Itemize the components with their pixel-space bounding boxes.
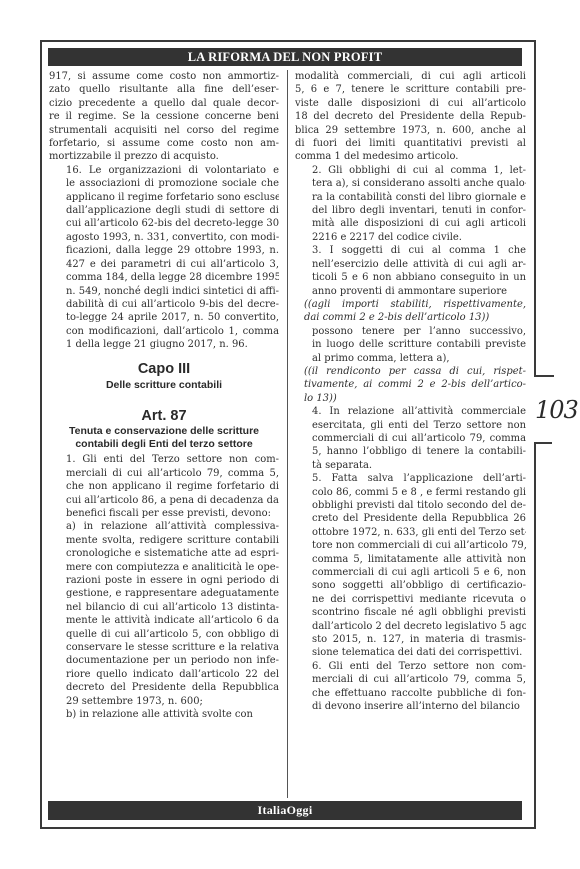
text-line: riore quello indicato dall’articolo 22 d… <box>49 668 279 681</box>
text-line: al primo comma, lettera a), <box>295 352 526 365</box>
text-line: merciali di cui all’articolo 79, comma 5… <box>49 467 279 480</box>
text-line: modalità commerciali, di cui agli artico… <box>295 70 526 83</box>
text-line: 16. Le organizzazioni di volontariato e <box>49 164 279 177</box>
frame-border-left <box>40 40 42 829</box>
frame-border-right-lower <box>534 442 536 829</box>
text-line: dabilità di cui all’articolo 9-bis del d… <box>49 298 279 311</box>
text-line: 18 del decreto del Presidente della Repu… <box>295 110 526 123</box>
text-line: che effettuano raccolte pubbliche di fon… <box>295 687 526 700</box>
paragraph-3-amendment-2: ((il rendiconto per cassa di cui, rispet… <box>295 365 526 405</box>
text-line: cizio precedente a quello dal quale deco… <box>49 97 279 110</box>
publisher-logo: ItaliaOggi <box>257 803 312 817</box>
text-line: a) in relazione all’attività complessiva… <box>49 520 279 533</box>
text-line: benefici fiscali per esse previsti, devo… <box>49 507 279 520</box>
text-line: agosto 1993, n. 331, convertito, con mod… <box>49 231 279 244</box>
paragraph-4: 4. In relazione all’attività commerciale… <box>295 405 526 472</box>
paragraph-3-amendment: ((agli importi stabiliti, rispettivament… <box>295 298 526 325</box>
text-line: dall’articolo 2 del decreto legislativo … <box>295 620 526 633</box>
text-line: sono soggetti all’obbligo di certificazi… <box>295 579 526 592</box>
text-line: mità alle disposizioni di cui agli artic… <box>295 217 526 230</box>
text-line: 2216 e 2217 del codice civile. <box>295 231 526 244</box>
paragraph-3: 3. I soggetti di cui al comma 1 chenell’… <box>295 244 526 298</box>
text-line: del libro degli inventari, tenuti in con… <box>295 204 526 217</box>
text-line: documentazione per un periodo non infe- <box>49 654 279 667</box>
text-line: blica 29 settembre 1973, n. 600, anche a… <box>295 124 526 137</box>
frame-border-right-upper <box>534 40 536 376</box>
text-line: comma 1 del medesimo articolo. <box>295 150 526 163</box>
text-line: ra la contabilità consti del libro giorn… <box>295 191 526 204</box>
text-line: ottobre 1972, n. 633, gli enti del Terzo… <box>295 526 526 539</box>
text-line: ficazioni, dalla legge 29 ottobre 1993, … <box>49 244 279 257</box>
text-line: ((agli importi stabiliti, rispettivament… <box>295 298 526 311</box>
page-number-tick-upper <box>534 375 554 377</box>
text-line: gestione, e rappresentare adeguatamente <box>49 587 279 600</box>
paragraph-2: 2. Gli obblighi di cui al comma 1, let-t… <box>295 164 526 244</box>
text-line: dai commi 2 e 2-bis dell’articolo 13)) <box>295 311 526 324</box>
text-line: in luogo delle scritture contabili previ… <box>295 338 526 351</box>
page-number-tick-lower <box>534 442 552 444</box>
text-line: mortizzabile il prezzo di acquisto. <box>49 150 279 163</box>
text-line: obblighi previsti dal titolo secondo del… <box>295 499 526 512</box>
article-subtitle-line: Tenuta e conservazione delle scritture <box>69 425 259 437</box>
text-line: sione telematica dei dati dei corrispett… <box>295 646 526 659</box>
text-line: 2. Gli obblighi di cui al comma 1, let- <box>295 164 526 177</box>
frame-border-top <box>40 40 535 42</box>
paragraph-6: 6. Gli enti del Terzo settore non com-me… <box>295 660 526 714</box>
text-line: creto del Presidente della Repubblica 26 <box>295 512 526 525</box>
text-line: conservare le stesse scritture e la rela… <box>49 641 279 654</box>
text-line: decreto del Presidente della Repubblica <box>49 681 279 694</box>
text-line: 29 settembre 1973, n. 600; <box>49 695 279 708</box>
text-line: 5, hanno l’obbligo di tenere la contabil… <box>295 445 526 458</box>
text-line: ((il rendiconto per cassa di cui, rispet… <box>295 365 526 378</box>
paragraph-1b: b) in relazione alle attività svolte con <box>49 708 279 721</box>
article-title: Art. 87 <box>49 407 279 425</box>
text-line: sto 2015, n. 127, in materia di trasmis- <box>295 633 526 646</box>
text-line: dall’applicazione degli studi di settore… <box>49 204 279 217</box>
text-line: le associazioni di promozione sociale ch… <box>49 177 279 190</box>
text-line: esercitata, gli enti del Terzo settore n… <box>295 419 526 432</box>
text-line: b) in relazione alle attività svolte con <box>49 708 279 721</box>
article-subtitle: Tenuta e conservazione delle scritture c… <box>49 425 279 452</box>
chapter-title: Capo III <box>49 360 279 378</box>
text-line: nell’esercizio delle attività di cui agl… <box>295 258 526 271</box>
text-line: 6. Gli enti del Terzo settore non com- <box>295 660 526 673</box>
text-line: tà separata. <box>295 459 526 472</box>
text-line: commerciali di cui agli articoli 5 e 6, … <box>295 566 526 579</box>
text-line: strumentali acquisiti nel corso del regi… <box>49 124 279 137</box>
text-line: comma 5, limitatamente alle attività non <box>295 553 526 566</box>
left-column: 917, si assume come costo non ammortiz-z… <box>49 70 279 798</box>
text-line: con modificazioni, dall’articolo 1, comm… <box>49 325 279 338</box>
text-line: re il regime. Se la cessione concerne be… <box>49 110 279 123</box>
text-line: di fuori dei limiti quantitativi previst… <box>295 137 526 150</box>
page-number: 103 <box>535 396 569 424</box>
text-line: ticoli 5 e 6 non abbiano conseguito in u… <box>295 271 526 284</box>
text-line: comma 184, della legge 28 dicembre 1995, <box>49 271 279 284</box>
text-line: 1 della legge 21 giugno 2017, n. 96. <box>49 338 279 351</box>
paragraph-5: 5. Fatta salva l’applicazione dell’arti-… <box>295 472 526 660</box>
text-line: tivamente, ai commi 2 e 2-bis dell’artic… <box>295 378 526 391</box>
text-line: mere con compiutezza e analiticità le op… <box>49 561 279 574</box>
text-line: anno proventi di ammontare superiore <box>295 285 526 298</box>
text-line: tera a), si considerano assolti anche qu… <box>295 177 526 190</box>
chapter-subtitle: Delle scritture contabili <box>49 378 279 393</box>
text-line: tore non commerciali di cui all’articolo… <box>295 539 526 552</box>
text-line: di devono inserire all’interno del bilan… <box>295 700 526 713</box>
section-header-bar: LA RIFORMA DEL NON PROFIT <box>48 48 522 66</box>
text-line: cui all’articolo 86, a pena di decadenza… <box>49 494 279 507</box>
paragraph-1a: a) in relazione all’attività complessiva… <box>49 520 279 708</box>
text-line: colo 86, commi 5 e 8 , e fermi restando … <box>295 486 526 499</box>
text-line: cronologiche e sistematiche atte ad espr… <box>49 547 279 560</box>
text-line: 1. Gli enti del Terzo settore non com- <box>49 453 279 466</box>
text-line: commerciali di cui all’articolo 79, comm… <box>295 432 526 445</box>
text-line: razioni poste in essere in ogni periodo … <box>49 574 279 587</box>
article-subtitle-line: contabili degli Enti del terzo settore <box>75 438 252 450</box>
text-line: cui all’articolo 62-bis del decreto-legg… <box>49 217 279 230</box>
text-line: merciali di cui all’articolo 79, comma 5… <box>295 673 526 686</box>
text-line: ne dei corrispettivi mediante ricevuta o <box>295 593 526 606</box>
paragraph-3-cont: possono tenere per l’anno successivo,in … <box>295 325 526 365</box>
text-line: 4. In relazione all’attività commerciale <box>295 405 526 418</box>
text-line: forfetario, si assume come costo non am- <box>49 137 279 150</box>
text-line: possono tenere per l’anno successivo, <box>295 325 526 338</box>
right-column: modalità commerciali, di cui agli artico… <box>295 70 526 798</box>
column-divider <box>287 70 288 798</box>
text-line: zato quello risultante alla fine dell’es… <box>49 83 279 96</box>
section-header-title: LA RIFORMA DEL NON PROFIT <box>188 50 383 64</box>
text-line: 5. Fatta salva l’applicazione dell’arti- <box>295 472 526 485</box>
text-line: nel bilancio di cui all’articolo 13 dist… <box>49 601 279 614</box>
paragraph: 917, si assume come costo non ammortiz-z… <box>49 70 279 164</box>
text-line: 3. I soggetti di cui al comma 1 che <box>295 244 526 257</box>
text-line: 5, 6 e 7, tenere le scritture contabili … <box>295 83 526 96</box>
text-line: quelle di cui all’articolo 5, con obblig… <box>49 628 279 641</box>
text-line: lo 13)) <box>295 392 526 405</box>
text-line: mente svolta, redigere scritture contabi… <box>49 534 279 547</box>
text-line: 427 e dei parametri di cui all’articolo … <box>49 258 279 271</box>
text-line: scontrino fiscale né agli obblighi previ… <box>295 606 526 619</box>
frame-border-bottom <box>40 827 535 829</box>
paragraph-16: 16. Le organizzazioni di volontariato el… <box>49 164 279 352</box>
text-line: 917, si assume come costo non ammortiz- <box>49 70 279 83</box>
text-line: che non applicano il regime forfetario d… <box>49 480 279 493</box>
text-line: mente le attività indicate all’articolo … <box>49 614 279 627</box>
paragraph-1: 1. Gli enti del Terzo settore non com-me… <box>49 453 279 520</box>
text-line: viste dalle disposizioni di cui all’arti… <box>295 97 526 110</box>
text-line: to-legge 24 aprile 2017, n. 50 convertit… <box>49 311 279 324</box>
paragraph-1b-cont: modalità commerciali, di cui agli artico… <box>295 70 526 164</box>
text-line: applicano il regime forfetario sono escl… <box>49 191 279 204</box>
footer-bar: ItaliaOggi <box>48 801 522 820</box>
text-line: n. 549, nonché degli indici sintetici di… <box>49 285 279 298</box>
